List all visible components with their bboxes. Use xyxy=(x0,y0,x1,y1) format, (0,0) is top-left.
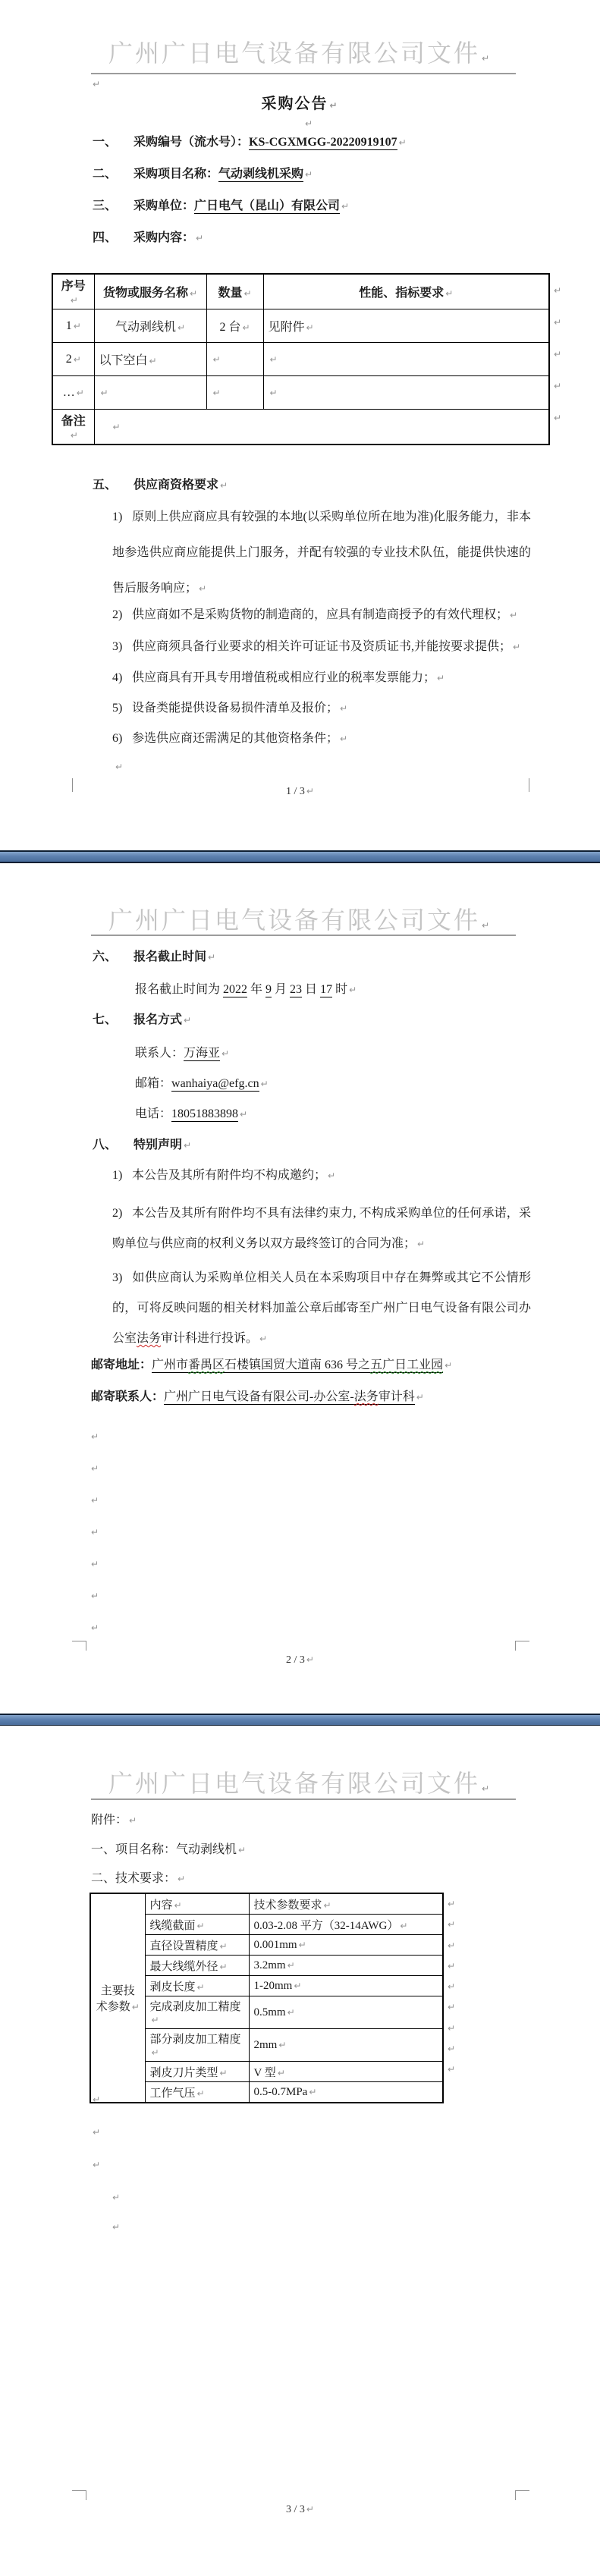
paragraph-mark: ↵ xyxy=(93,79,100,90)
paragraph-mark: ↵ xyxy=(306,786,314,796)
declaration-item-1: 1)本公告及其所有附件均不构成邀约；↵ xyxy=(112,1167,335,1185)
cell-item-name: 气动剥线机 xyxy=(115,321,176,334)
paragraph-mark: ↵ xyxy=(340,734,347,744)
qualification-item-5: 5)设备类能提供设备易损件清单及报价；↵ xyxy=(112,699,347,718)
cell-seq: … xyxy=(63,386,75,399)
qualification-item-2: 2)供应商如不是采购货物的制造商的，应具有制造商授予的有效代理权；↵ xyxy=(112,606,517,624)
paragraph-mark: ↵ xyxy=(71,295,78,306)
company-letterhead: 广州广日电气设备有限公司文件↵ xyxy=(0,39,600,72)
deadline-line: 报名截止时间为 2022 年 9 月 23 日 17 时↵ xyxy=(135,981,357,999)
paragraph-mark: ↵ xyxy=(115,762,123,772)
procurement-table: 序号↵ 货物或服务名称↵ 数量↵ 性能、指标要求↵ 1↵ 气动剥线机↵ 2 台↵… xyxy=(52,273,548,445)
section-number: 三、 xyxy=(93,199,117,212)
paragraph-mark: ↵ xyxy=(213,354,221,365)
paragraph-mark: ↵ xyxy=(328,1170,335,1181)
paragraph-mark: ↵ xyxy=(510,610,517,620)
paragraph-mark: ↵ xyxy=(287,2007,295,2018)
paragraph-mark: ↵ xyxy=(196,233,203,243)
paragraph-mark: ↵ xyxy=(93,2127,100,2138)
spec-value: 2mm xyxy=(254,2039,278,2051)
deadline-hour: 17 xyxy=(320,983,332,997)
paragraph-mark: ↵ xyxy=(184,1140,191,1151)
paragraph-mark: ↵ xyxy=(305,118,313,129)
paragraph-mark: ↵ xyxy=(287,1960,295,1971)
spec-value: V 型 xyxy=(254,2067,276,2079)
list-text: 审计科进行投诉。 xyxy=(161,1332,258,1345)
letterhead-rule xyxy=(91,1798,516,1800)
margin-corner-mark xyxy=(515,1641,529,1651)
spec-name: 线缆截面 xyxy=(150,1920,196,1932)
paragraph-mark: ↵ xyxy=(270,388,278,398)
paragraph-mark: ↵ xyxy=(213,388,221,398)
spec-name: 完成剥皮加工精度 xyxy=(150,2001,241,2013)
list-number: 1) xyxy=(112,1167,132,1185)
list-number: 1) xyxy=(112,499,132,535)
page-separator-bar xyxy=(0,1714,600,1726)
document-page-2: 广州广日电气设备有限公司文件↵ 六、报名截止时间↵ 报名截止时间为 2022 年… xyxy=(0,876,600,1726)
paragraph-mark: ↵ xyxy=(324,1900,331,1911)
cell-quantity: 2 台 xyxy=(219,321,240,334)
page-number: 3 / 3 xyxy=(286,2504,305,2515)
paragraph-mark: ↵ xyxy=(132,2002,140,2012)
section-label: 采购单位： xyxy=(134,199,194,212)
paragraph-mark: ↵ xyxy=(184,1015,191,1026)
contact-line: 联系人：万海亚↵ xyxy=(135,1045,229,1063)
paragraph-mark: ↵ xyxy=(112,2222,120,2232)
mail-address-line: 邮寄地址：广州市番禺区石楼镇国贸大道南 636 号之五广日工业园↵ xyxy=(91,1356,452,1374)
list-number: 2) xyxy=(112,1198,132,1229)
list-number: 4) xyxy=(112,669,132,687)
procurement-number-value: KS-CGXMGG-20220919107 xyxy=(249,136,397,150)
list-text: 原则上供应商应具有较强的本地(以采购单位所在地为准)化服务能力，非本地参选供应商… xyxy=(112,510,531,595)
qualification-item-4: 4)供应商具有开具专用增值税或相应行业的税率发票能力；↵ xyxy=(112,669,445,687)
section-label: 供应商资格要求 xyxy=(134,479,218,492)
cell-item-name: 以下空白 xyxy=(99,354,148,367)
paragraph-mark: ↵ xyxy=(306,322,314,333)
paragraph-mark: ↵ xyxy=(341,201,349,212)
cell-seq: 1 xyxy=(66,319,72,332)
margin-corner-mark xyxy=(72,2490,86,2500)
section-item-6: 六、报名截止时间↵ xyxy=(93,948,215,966)
section-item-4: 四、采购内容：↵ xyxy=(93,229,203,247)
section-number: 七、 xyxy=(93,1013,117,1026)
paragraph-mark: ↵ xyxy=(190,288,197,299)
margin-corner-mark xyxy=(72,1641,86,1651)
phone-line: 电话：18051883898↵ xyxy=(135,1105,247,1123)
table-row: 1↵ 气动剥线机↵ 2 台↵ 见附件↵ xyxy=(52,309,549,343)
spec-name: 剥皮刀片类型 xyxy=(150,2067,218,2079)
project-name-value: 气动剥线机采购 xyxy=(218,168,303,182)
paragraph-mark: ↵ xyxy=(74,354,81,365)
spec-name: 剥皮长度 xyxy=(150,1981,196,1993)
paragraph-mark: ↵ xyxy=(299,1940,306,1950)
company-letterhead: 广州广日电气设备有限公司文件↵ xyxy=(0,1770,600,1802)
paragraph-mark: ↵ xyxy=(305,169,313,180)
section-item-2: 二、采购项目名称：气动剥线机采购↵ xyxy=(93,165,313,184)
deadline-month: 9 xyxy=(265,983,272,997)
mail-contact-line: 邮寄联系人：广州广日电气设备有限公司-办公室-法务审计科↵ xyxy=(91,1388,424,1406)
paragraph-mark: ↵ xyxy=(243,288,251,299)
list-text: 本公告及其所有附件均不具有法律约束力, 不构成采购单位的任何承诺，采购单位与供应… xyxy=(112,1207,531,1250)
row-end-marks: ↵↵↵↵↵ xyxy=(554,275,561,434)
paragraph-mark: ↵ xyxy=(294,1981,301,1991)
remark-label: 备注 xyxy=(61,415,86,428)
spec-name: 工作气压 xyxy=(150,2088,196,2100)
paragraph-mark: ↵ xyxy=(220,1962,228,1972)
mail-contact-label: 邮寄联系人： xyxy=(91,1390,164,1403)
paragraph-mark: ↵ xyxy=(259,1334,267,1344)
section-item-1: 一、采购编号（流水号）：KS-CGXMGG-20220919107↵ xyxy=(93,134,407,152)
contact-email: wanhaiya@efg.cn xyxy=(171,1077,259,1092)
page-footer: 3 / 3↵ xyxy=(0,2504,600,2516)
section-label: 报名方式 xyxy=(134,1013,182,1026)
letterhead-text: 广州广日电气设备有限公司文件 xyxy=(108,1770,480,1797)
paragraph-mark: ↵ xyxy=(197,2088,205,2099)
paragraph-mark: ↵ xyxy=(329,100,338,111)
section-label: 采购内容： xyxy=(134,231,194,244)
page-separator-bar xyxy=(0,850,600,863)
document-page-1: 广州广日电气设备有限公司文件↵ ↵ 采购公告↵ ↵ 一、采购编号（流水号）：KS… xyxy=(0,0,600,850)
paragraph-mark: ↵ xyxy=(77,388,84,398)
deadline-day: 23 xyxy=(290,983,302,997)
paragraph-mark: ↵ xyxy=(399,137,407,148)
spellcheck-flagged-text: 法务 xyxy=(137,1332,161,1345)
paragraph-mark: ↵ xyxy=(220,480,228,491)
paragraph-mark: ↵ xyxy=(270,354,278,365)
spec-merged-cell: 主要技术参数↵ xyxy=(90,1893,145,2103)
qualification-item-3: 3)供应商须具备行业要求的相关许可证证书及资质证书,并能按要求提供；↵ xyxy=(112,638,520,656)
attachment-tech-line: 二、技术要求：↵ xyxy=(91,1870,185,1888)
page-number: 2 / 3 xyxy=(286,1654,305,1666)
col-header: 性能、指标要求 xyxy=(359,287,444,300)
list-text: 设备类能提供设备易损件清单及报价； xyxy=(132,702,338,715)
list-text: 供应商如不是采购货物的制造商的，应具有制造商授予的有效代理权； xyxy=(132,608,508,621)
paragraph-mark: ↵ xyxy=(278,2040,286,2050)
purchasing-unit-value: 广日电气（昆山）有限公司 xyxy=(194,199,340,214)
spec-value: 3.2mm xyxy=(254,1959,286,1971)
paragraph-mark: ↵ xyxy=(513,642,520,652)
spec-value: 1-20mm xyxy=(254,1980,293,1992)
paragraph-mark: ↵ xyxy=(197,1921,205,1931)
letterhead-text: 广州广日电气设备有限公司文件 xyxy=(108,39,480,67)
contact-name: 万海亚 xyxy=(184,1047,220,1061)
qualification-item-6: 6)参选供应商还需满足的其他资格条件；↵ xyxy=(112,730,347,748)
paragraph-mark: ↵ xyxy=(416,1392,424,1403)
list-text: 供应商须具备行业要求的相关许可证证书及资质证书,并能按要求提供； xyxy=(132,640,511,653)
spec-value: 0.03-2.08 平方（32-14AWG） xyxy=(254,1920,399,1932)
spec-value: 0.5-0.7MPa xyxy=(254,2086,308,2098)
doc-title: 采购公告↵ xyxy=(0,91,600,113)
spec-name: 最大线缆外径 xyxy=(150,1961,218,1973)
paragraph-mark: ↵ xyxy=(238,1845,246,1855)
spec-name: 直径设置精度 xyxy=(150,1940,218,1952)
table-row: 2↵ 以下空白↵ ↵ ↵ xyxy=(52,343,549,376)
paragraph-mark: ↵ xyxy=(197,1982,205,1993)
list-number: 5) xyxy=(112,699,132,718)
paragraph-mark: ↵ xyxy=(74,321,81,331)
mail-address-label: 邮寄地址： xyxy=(91,1359,152,1371)
table-row: …↵ ↵ ↵ ↵ xyxy=(52,376,549,410)
page-number: 1 / 3 xyxy=(286,786,305,797)
letterhead-rule xyxy=(91,935,516,936)
margin-corner-mark xyxy=(515,2490,529,2500)
col-header: 货物或服务名称 xyxy=(103,287,188,300)
list-number: 3) xyxy=(112,638,132,656)
list-text: 参选供应商还需满足的其他资格条件； xyxy=(132,732,338,745)
paragraph-mark: ↵ xyxy=(101,388,108,398)
email-line: 邮箱：wanhaiya@efg.cn↵ xyxy=(135,1075,269,1093)
paragraph-mark: ↵ xyxy=(113,422,121,432)
cell-spec: 见附件 xyxy=(269,321,305,334)
declaration-item-3: 3)如供应商认为采购单位相关人员在本采购项目中存在舞弊或其它不公情形的，可将反映… xyxy=(112,1263,531,1354)
paragraph-mark: ↵ xyxy=(199,583,206,594)
letterhead-rule xyxy=(91,73,516,74)
paragraph-mark: ↵ xyxy=(177,1874,185,1884)
paragraph-mark: ↵ xyxy=(242,322,250,333)
paragraph-mark: ↵ xyxy=(240,1109,247,1120)
empty-paragraph-marks: ↵↵↵↵↵↵↵ xyxy=(91,1421,99,1644)
paragraph-mark: ↵ xyxy=(220,2068,228,2078)
spec-table: 主要技术参数↵ 内容↵ 技术参数要求↵ 线缆截面↵0.03-2.08 平方（32… xyxy=(90,1893,442,2103)
paragraph-mark: ↵ xyxy=(306,2504,314,2515)
section-number: 一、 xyxy=(93,136,117,149)
section-number: 二、 xyxy=(93,168,117,181)
page-footer: 2 / 3↵ xyxy=(0,1654,600,1667)
paragraph-mark: ↵ xyxy=(306,1654,314,1665)
paragraph-mark: ↵ xyxy=(349,985,357,995)
paragraph-mark: ↵ xyxy=(400,1921,407,1931)
spec-name: 内容 xyxy=(150,1899,173,1912)
paragraph-mark: ↵ xyxy=(482,1783,492,1794)
qualification-item-1: 1)原则上供应商应具有较强的本地(以采购单位所在地为准)化服务能力，非本地参选供… xyxy=(112,499,531,607)
section-item-3: 三、采购单位：广日电气（昆山）有限公司↵ xyxy=(93,197,349,215)
list-number: 2) xyxy=(112,606,132,624)
spec-value: 0.5mm xyxy=(254,2006,286,2018)
paragraph-mark: ↵ xyxy=(445,288,453,299)
paragraph-mark: ↵ xyxy=(152,2047,159,2058)
spellcheck-flagged-text: 五广日工业园 xyxy=(370,1359,443,1371)
letterhead-text: 广州广日电气设备有限公司文件 xyxy=(108,906,480,934)
doc-title-text: 采购公告 xyxy=(261,96,328,112)
list-number: 6) xyxy=(112,730,132,748)
section-label: 采购编号（流水号）： xyxy=(134,136,249,149)
spec-value: 技术参数要求 xyxy=(254,1899,322,1912)
paragraph-mark: ↵ xyxy=(278,2068,285,2078)
section-label: 报名截止时间 xyxy=(134,950,206,963)
paragraph-mark: ↵ xyxy=(437,673,445,683)
paragraph-mark: ↵ xyxy=(93,2160,100,2170)
paragraph-mark: ↵ xyxy=(152,2015,159,2025)
section-item-7: 七、报名方式↵ xyxy=(93,1011,191,1029)
paragraph-mark: ↵ xyxy=(417,1239,425,1249)
paragraph-mark: ↵ xyxy=(340,703,347,714)
list-number: 3) xyxy=(112,1263,132,1293)
declaration-item-2: 2)本公告及其所有附件均不具有法律约束力, 不构成采购单位的任何承诺，采购单位与… xyxy=(112,1198,531,1259)
table-header-row: 序号↵ 货物或服务名称↵ 数量↵ 性能、指标要求↵ xyxy=(52,274,549,309)
spec-merged-label: 主要技术参数 xyxy=(96,1985,135,2013)
paragraph-mark: ↵ xyxy=(174,1900,182,1911)
section-item-5: 五、供应商资格要求↵ xyxy=(93,476,228,495)
paragraph-mark: ↵ xyxy=(220,1941,228,1952)
paragraph-mark: ↵ xyxy=(71,430,78,441)
col-header: 序号 xyxy=(61,280,86,293)
cell-seq: 2 xyxy=(66,353,72,366)
spec-row: 主要技术参数↵ 内容↵ 技术参数要求↵ xyxy=(90,1893,443,1915)
paragraph-mark: ↵ xyxy=(112,2192,120,2203)
paragraph-mark: ↵ xyxy=(93,2094,100,2105)
attachment-project-line: 一、项目名称：气动剥线机↵ xyxy=(91,1841,246,1859)
spellcheck-flagged-text: 番禺区 xyxy=(188,1359,225,1371)
section-label: 特别声明 xyxy=(134,1139,182,1151)
list-text: 本公告及其所有附件均不构成邀约； xyxy=(132,1169,326,1182)
section-number: 四、 xyxy=(93,231,117,244)
paragraph-mark: ↵ xyxy=(177,322,185,333)
paragraph-mark: ↵ xyxy=(221,1048,229,1059)
section-label: 采购项目名称： xyxy=(134,168,218,181)
page-footer: 1 / 3↵ xyxy=(0,786,600,798)
paragraph-mark: ↵ xyxy=(208,952,215,963)
document-page-3: 广州广日电气设备有限公司文件↵ 附件：↵ 一、项目名称：气动剥线机↵ 二、技术要… xyxy=(0,1726,600,2576)
paragraph-mark: ↵ xyxy=(149,356,157,366)
spellcheck-flagged-text: 法务 xyxy=(354,1390,379,1403)
deadline-year: 2022 xyxy=(223,983,247,997)
paragraph-mark: ↵ xyxy=(482,920,492,931)
paragraph-mark: ↵ xyxy=(482,53,492,64)
paragraph-mark: ↵ xyxy=(261,1079,269,1089)
table-remark-row: 备注↵ ↵ xyxy=(52,410,549,445)
spec-name: 部分剥皮加工精度 xyxy=(150,2034,241,2046)
paragraph-mark: ↵ xyxy=(445,1360,452,1371)
list-text: 供应商具有开具专用增值税或相应行业的税率发票能力； xyxy=(132,671,435,684)
paragraph-mark: ↵ xyxy=(129,1815,137,1826)
contact-phone: 18051883898 xyxy=(171,1107,238,1122)
col-header: 数量 xyxy=(218,287,242,300)
section-number: 五、 xyxy=(93,479,117,492)
attachment-label-line: 附件：↵ xyxy=(91,1811,137,1830)
section-number: 八、 xyxy=(93,1139,117,1151)
spec-value: 0.001mm xyxy=(254,1939,297,1951)
section-number: 六、 xyxy=(93,950,117,963)
row-end-marks: ↵↵↵↵↵↵↵↵↵ xyxy=(448,1894,455,2081)
paragraph-mark: ↵ xyxy=(309,2087,316,2097)
section-item-8: 八、特别声明↵ xyxy=(93,1136,191,1154)
